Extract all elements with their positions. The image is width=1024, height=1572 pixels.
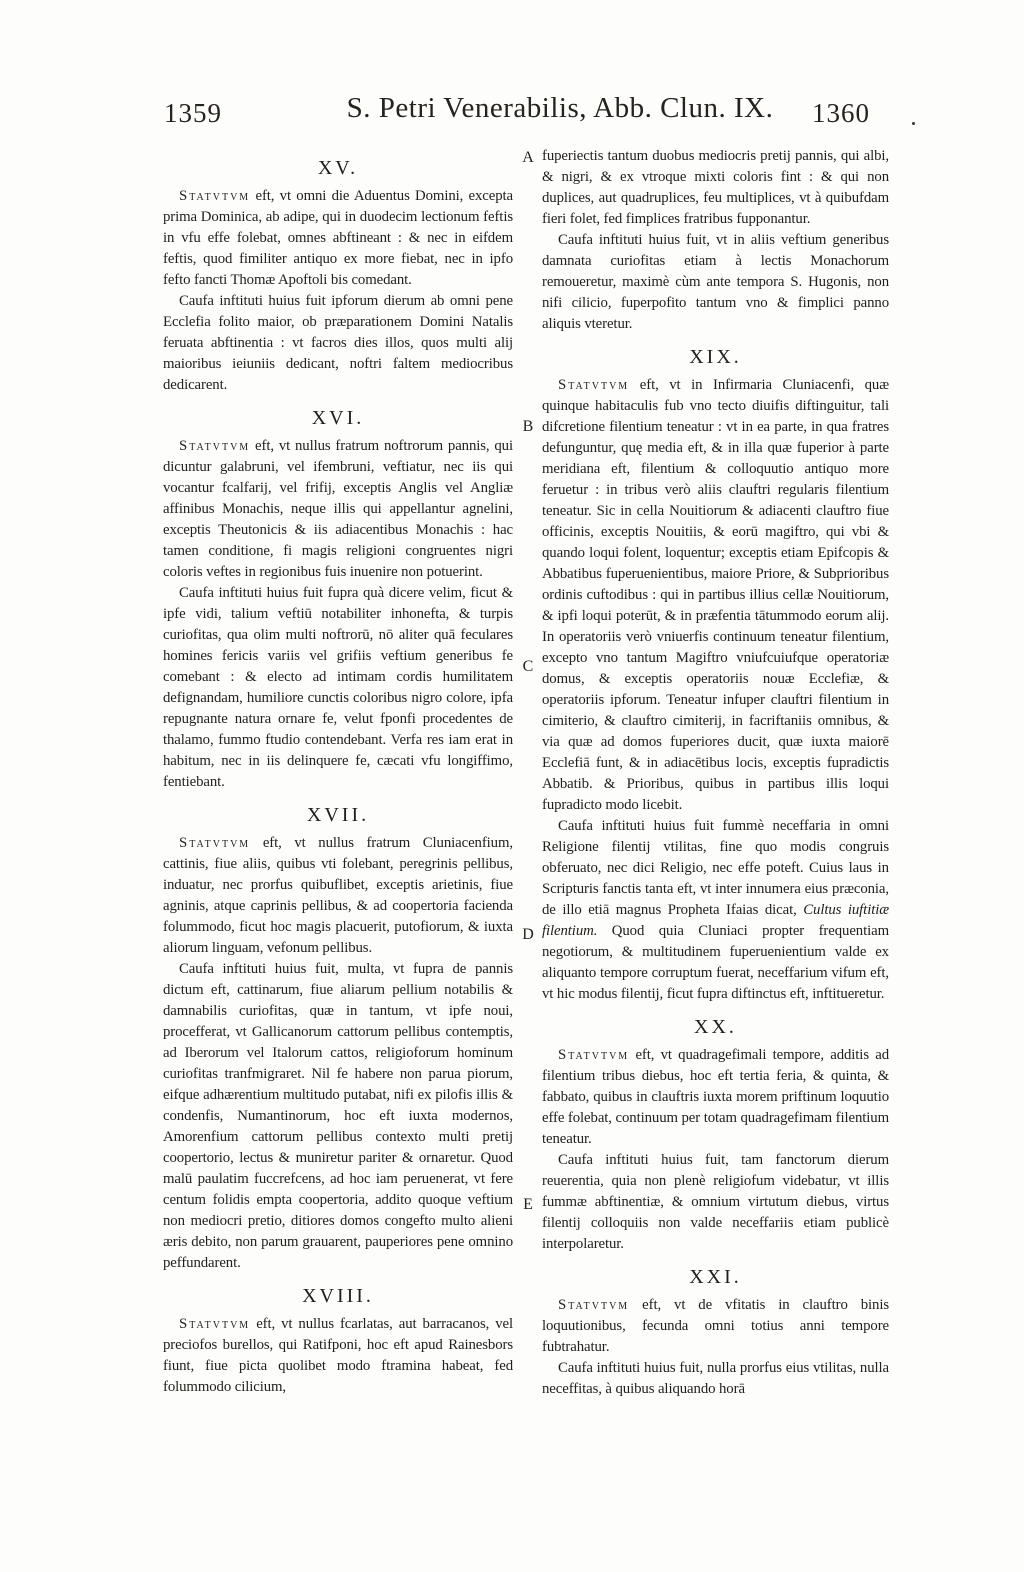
section-heading: XVI.	[163, 408, 513, 429]
paragraph: Caufa inftituti huius fuit, tam fanctoru…	[542, 1150, 889, 1255]
smallcaps-lead: Statvtvm	[558, 377, 629, 393]
paragraph: Caufa inftituti huius fuit fupra quà dic…	[163, 583, 513, 793]
smallcaps-lead: Statvtvm	[558, 1047, 629, 1063]
folio-number-right: 1360	[812, 98, 870, 129]
section-heading: XV.	[163, 158, 513, 179]
smallcaps-lead: Statvtvm	[179, 1316, 250, 1332]
section-heading: XVIII.	[163, 1286, 513, 1307]
paragraph: Caufa inftituti huius fuit ipforum dieru…	[163, 291, 513, 396]
margin-letter-b: B	[518, 418, 538, 436]
paragraph: Caufa inftituti huius fuit, nulla prorfu…	[542, 1358, 889, 1400]
italic-phrase: Cultus iuftitiæ filentium.	[542, 902, 889, 939]
running-title: S. Petri Venerabilis, Abb. Clun. IX.	[345, 92, 775, 125]
smallcaps-lead: Statvtvm	[179, 188, 250, 204]
paragraph: Statvtvm eft, vt in Infirmaria Cluniacen…	[542, 375, 889, 816]
paragraph: Statvtvm eft, vt quadragefimali tempore,…	[542, 1045, 889, 1150]
paragraph: Caufa inftituti huius fuit, multa, vt fu…	[163, 959, 513, 1274]
paragraph: Statvtvm eft, vt nullus fcarlatas, aut b…	[163, 1314, 513, 1398]
margin-letter-e: E	[518, 1196, 538, 1214]
margin-letter-d: D	[518, 926, 538, 944]
column-left: XV.Statvtvm eft, vt omni die Aduentus Do…	[163, 146, 513, 1398]
smallcaps-lead: Statvtvm	[558, 1297, 629, 1313]
book-page: 1359 S. Petri Venerabilis, Abb. Clun. IX…	[0, 0, 1024, 1572]
section-heading: XX.	[542, 1017, 889, 1038]
page-header: 1359 S. Petri Venerabilis, Abb. Clun. IX…	[0, 92, 1024, 142]
scan-speck	[912, 122, 915, 125]
smallcaps-lead: Statvtvm	[179, 438, 250, 454]
section-heading: XIX.	[542, 347, 889, 368]
paragraph: Statvtvm eft, vt omni die Aduentus Domin…	[163, 186, 513, 291]
paragraph: Statvtvm eft, vt nullus fratrum noftroru…	[163, 436, 513, 583]
paragraph: Caufa inftituti huius fuit, vt in aliis …	[542, 230, 889, 335]
paragraph: fuperiectis tantum duobus mediocris pret…	[542, 146, 889, 230]
margin-letter-c: C	[518, 658, 538, 676]
folio-number-left: 1359	[164, 98, 222, 129]
section-heading: XVII.	[163, 805, 513, 826]
margin-letter-a: A	[518, 149, 538, 167]
paragraph: Statvtvm eft, vt de vfitatis in clauftro…	[542, 1295, 889, 1358]
section-heading: XXI.	[542, 1267, 889, 1288]
column-right: fuperiectis tantum duobus mediocris pret…	[542, 146, 889, 1400]
paragraph: Statvtvm eft, vt nullus fratrum Cluniace…	[163, 833, 513, 959]
paragraph: Caufa inftituti huius fuit fummè neceffa…	[542, 816, 889, 1005]
smallcaps-lead: Statvtvm	[179, 835, 250, 851]
